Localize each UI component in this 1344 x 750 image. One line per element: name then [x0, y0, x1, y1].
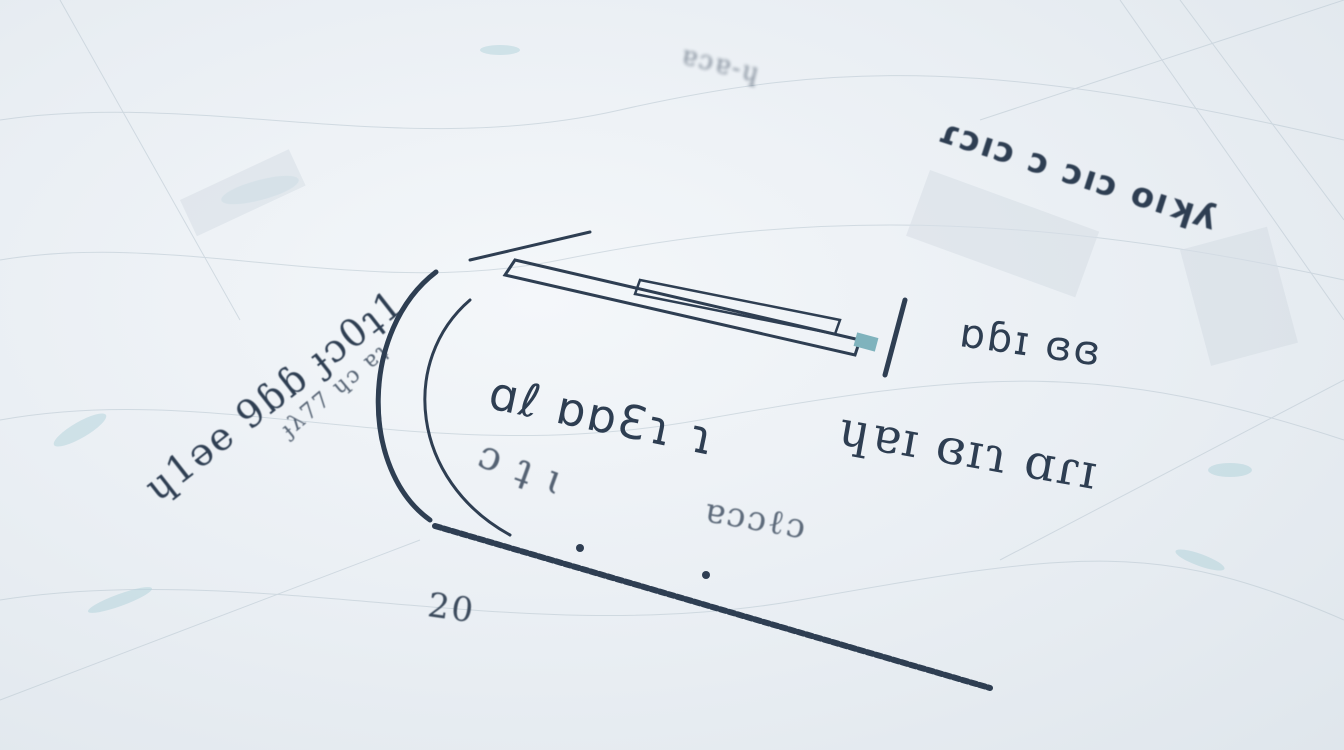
artwork-canvas: ɾɔıɔ ɔ ɔıɔ oıʞʎ ɐɔɐ-ɥ ɥ1ǝe 9ɓɓ ɟɔ0ʇ1 ɟλ7… — [0, 0, 1344, 750]
number-label: 20 — [425, 585, 477, 631]
stamp-outline — [0, 0, 1344, 750]
